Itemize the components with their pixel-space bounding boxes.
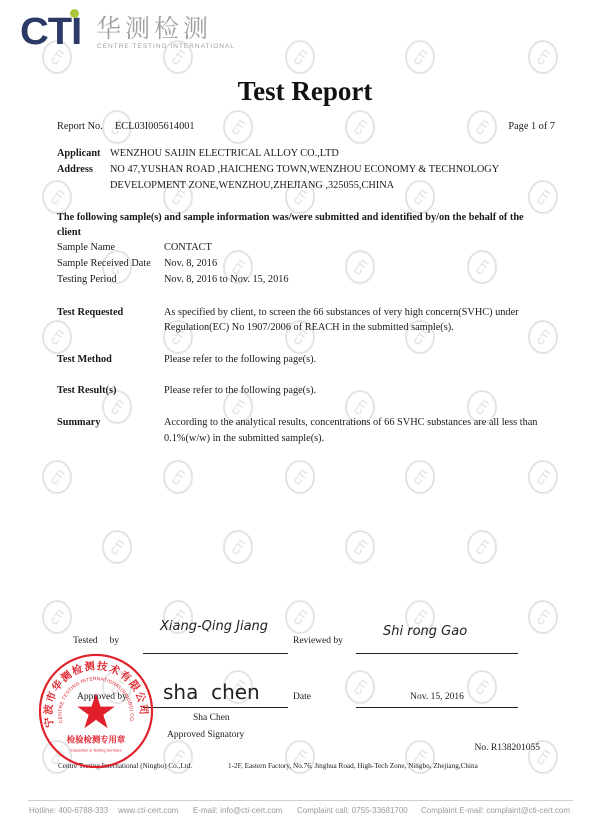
applicant-value: WENZHOU SAIJIN ELECTRICAL ALLOY CO.,LTD xyxy=(110,147,339,160)
cti-watermark-icon: CTI xyxy=(41,319,73,355)
report-no-label: Report No. xyxy=(57,120,103,133)
svg-text:CTI: CTI xyxy=(49,608,67,628)
cti-watermark-icon: CTI xyxy=(344,529,376,565)
svg-text:CTI: CTI xyxy=(230,398,248,418)
svg-text:CTI: CTI xyxy=(535,468,553,488)
sample-received-date-label: Sample Received Date xyxy=(57,257,151,270)
cti-watermark-icon: CTI xyxy=(527,39,559,75)
date-line xyxy=(356,707,518,708)
sample-intro-line-1: The following sample(s) and sample infor… xyxy=(57,211,524,224)
logo-english-name: CENTRE TESTING INTERNATIONAL xyxy=(97,43,235,50)
cti-watermark-icon: CTI xyxy=(344,109,376,145)
footer-divider xyxy=(28,800,573,801)
svg-text:CTI: CTI xyxy=(535,188,553,208)
svg-text:CTI: CTI xyxy=(474,118,492,138)
date-value: Nov. 15, 2016 xyxy=(356,691,518,704)
sample-intro-line-2: client xyxy=(57,226,81,239)
cti-watermark-icon: CTI xyxy=(527,459,559,495)
svg-text:CTI: CTI xyxy=(292,48,310,68)
page-title: Test Report xyxy=(0,76,600,107)
svg-text:CTI: CTI xyxy=(535,608,553,628)
summary-line-1: According to the analytical results, con… xyxy=(164,416,537,429)
svg-text:CTI: CTI xyxy=(230,118,248,138)
svg-text:CTI: CTI xyxy=(49,188,67,208)
address-line-2: DEVELOPMENT ZONE,WENZHOU,ZHEJIANG ,32505… xyxy=(110,179,394,192)
svg-text:CTI: CTI xyxy=(535,328,553,348)
footer-website[interactable]: www.cti-cert.com xyxy=(118,806,178,815)
cti-watermark-icon: CTI xyxy=(527,179,559,215)
testing-period-label: Testing Period xyxy=(57,273,117,286)
cti-watermark-icon: CTI xyxy=(41,179,73,215)
cti-watermark-icon: CTI xyxy=(222,529,254,565)
official-seal-stamp: 宁波市华测检测技术有限公司 CENTRE TESTING INTERNATION… xyxy=(37,652,155,770)
svg-text:CTI: CTI xyxy=(170,468,188,488)
cti-watermark-icon: CTI xyxy=(101,529,133,565)
report-no: ECL03I005614001 xyxy=(115,120,195,133)
cti-watermark-icon: CTI xyxy=(41,459,73,495)
svg-text:CTI: CTI xyxy=(474,258,492,278)
reviewed-by-signature: Shi rong Gao xyxy=(383,624,467,639)
company-address: 1-2F, Eastern Factory, No.76, Jinghua Ro… xyxy=(228,760,478,773)
svg-text:CTI: CTI xyxy=(352,398,370,418)
reviewed-by-label: Reviewed by xyxy=(293,635,343,648)
logo-accent-dot xyxy=(70,9,79,18)
tested-by-label: Tested by xyxy=(73,635,119,648)
cti-logo-mark: CTI xyxy=(20,14,81,50)
cti-watermark-icon: CTI xyxy=(284,459,316,495)
test-requested-line-2: Regulation(EC) No 1907/2006 of REACH in … xyxy=(164,321,454,334)
sample-name-label: Sample Name xyxy=(57,241,115,254)
cti-watermark-icon: CTI xyxy=(527,319,559,355)
footer-email[interactable]: E-mail: info@cti-cert.com xyxy=(193,806,282,815)
applicant-label: Applicant xyxy=(57,147,101,160)
approved-by-signature: sha chen xyxy=(163,680,260,704)
reviewed-by-line xyxy=(356,653,518,654)
cti-watermark-icon: CTI xyxy=(466,529,498,565)
test-method-label: Test Method xyxy=(57,353,112,366)
cti-watermark-icon: CTI xyxy=(344,249,376,285)
svg-text:CTI: CTI xyxy=(109,538,127,558)
footer-hotline: Hotline: 400-6788-333 xyxy=(29,806,108,815)
test-method-value: Please refer to the following page(s). xyxy=(164,353,316,366)
svg-text:CTI: CTI xyxy=(49,468,67,488)
svg-text:CTI: CTI xyxy=(292,608,310,628)
cti-watermark-icon: CTI xyxy=(404,39,436,75)
svg-text:CTI: CTI xyxy=(49,328,67,348)
test-requested-line-1: As specified by client, to screen the 66… xyxy=(164,306,519,319)
summary-line-2: 0.1%(w/w) in the submitted sample(s). xyxy=(164,432,324,445)
cti-watermark-icon: CTI xyxy=(284,39,316,75)
tested-by-line xyxy=(143,653,288,654)
svg-text:CTI: CTI xyxy=(412,468,430,488)
testing-period-value: Nov. 8, 2016 to Nov. 15, 2016 xyxy=(164,273,289,286)
svg-text:CTI: CTI xyxy=(170,48,188,68)
cti-watermark-icon: CTI xyxy=(222,109,254,145)
stamp-bottom-text: Inspection & Testing Services xyxy=(70,747,121,752)
cti-watermark-icon: CTI xyxy=(404,459,436,495)
footer-complaint-email[interactable]: Complaint E-mail: complaint@cti-cert.com xyxy=(421,806,570,815)
svg-text:CTI: CTI xyxy=(292,468,310,488)
svg-text:CTI: CTI xyxy=(352,538,370,558)
approved-by-line xyxy=(143,707,288,708)
svg-text:CTI: CTI xyxy=(352,258,370,278)
test-requested-label: Test Requested xyxy=(57,306,123,319)
address-line-1: NO 47,YUSHAN ROAD ,HAICHENG TOWN,WENZHOU… xyxy=(110,163,499,176)
approver-title: Approved Signatory xyxy=(167,729,244,742)
cti-watermark-icon: CTI xyxy=(466,109,498,145)
sample-received-date-value: Nov. 8, 2016 xyxy=(164,257,217,270)
test-result-label: Test Result(s) xyxy=(57,384,116,397)
summary-label: Summary xyxy=(57,416,100,429)
svg-text:CTI: CTI xyxy=(352,118,370,138)
svg-text:CTI: CTI xyxy=(109,398,127,418)
page-indicator: Page 1 of 7 xyxy=(508,120,555,133)
footer-complaint-call: Complaint call: 0755-33681700 xyxy=(297,806,408,815)
cti-watermark-icon: CTI xyxy=(466,249,498,285)
svg-text:CTI: CTI xyxy=(535,48,553,68)
cti-watermark-icon: CTI xyxy=(41,599,73,635)
cti-watermark-icon: CTI xyxy=(162,459,194,495)
svg-text:CTI: CTI xyxy=(412,188,430,208)
cti-watermark-icon: CTI xyxy=(284,599,316,635)
test-result-value: Please refer to the following page(s). xyxy=(164,384,316,397)
svg-text:CTI: CTI xyxy=(474,398,492,418)
svg-text:CTI: CTI xyxy=(230,538,248,558)
svg-text:CTI: CTI xyxy=(474,538,492,558)
cti-watermark-icon: CTI xyxy=(404,179,436,215)
sample-name-value: CONTACT xyxy=(164,241,212,254)
certificate-number: No. R138201055 xyxy=(475,742,540,755)
address-label: Address xyxy=(57,163,93,176)
svg-text:CTI: CTI xyxy=(412,48,430,68)
date-label: Date xyxy=(293,691,311,704)
cti-watermark-icon: CTI xyxy=(527,599,559,635)
approved-by-label: Approved by xyxy=(77,691,127,704)
tested-by-signature: Xiang-Qing Jiang xyxy=(160,619,268,634)
approver-name: Sha Chen xyxy=(193,712,230,725)
logo-chinese-name: 华测检测 xyxy=(96,16,212,42)
stamp-seal-text: 检验检测专用章 xyxy=(67,734,126,744)
